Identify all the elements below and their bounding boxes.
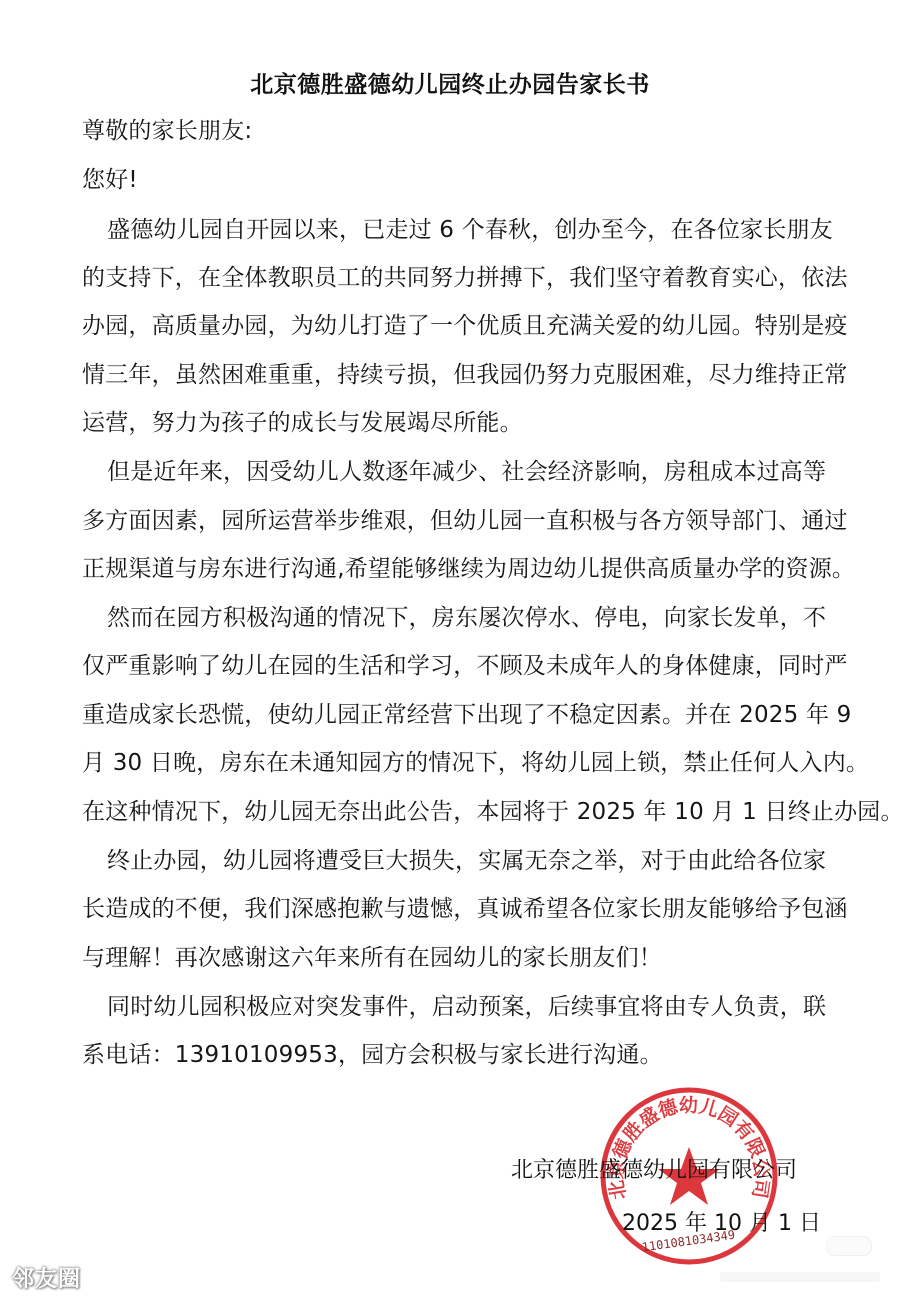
body-line: 系电话：13910109953，园方会积极与家长进行沟通。 (82, 1040, 822, 1070)
document-title: 北京德胜盛德幼儿园终止办园告家长书 (0, 66, 900, 99)
body-line: 同时幼儿园积极应对突发事件，启动预案，后续事宜将由专人负责，联 (107, 992, 847, 1022)
signature-organization: 北京德胜盛德幼儿园有限公司 (511, 1153, 797, 1184)
body-line: 盛德幼儿园自开园以来，已走过 6 个春秋，创办至今，在各位家长朋友 (107, 215, 847, 245)
letter-page: 北京德胜盛德幼儿园终止办园告家长书 尊敬的家长朋友: 您好! 盛德幼儿园自开园以… (0, 0, 900, 1306)
body-line: 长造成的不便，我们深感抱歉与遗憾，真诚希望各位家长朋友能够给予包涵 (82, 894, 822, 924)
faint-watermark-badge (826, 1236, 872, 1256)
salutation: 尊敬的家长朋友: (82, 116, 822, 146)
body-line: 但是近年来，因受幼儿人数逐年减少、社会经济影响，房租成本过高等 (107, 457, 847, 487)
body-line: 重造成家长恐慌，使幼儿园正常经营下出现了不稳定因素。并在 2025 年 9 (82, 700, 822, 730)
body-line: 在这种情况下，幼儿园无奈出此公告，本园将于 2025 年 10 月 1 日终止办… (82, 797, 822, 827)
source-watermark: 邻友圈 (12, 1262, 81, 1293)
body-line: 然而在园方积极沟通的情况下，房东屡次停水、停电，向家长发单，不 (107, 603, 847, 633)
body-line: 运营，努力为孩子的成长与发展竭尽所能。 (82, 408, 822, 438)
faint-watermark-text (720, 1272, 880, 1282)
body-line: 月 30 日晚，房东在未通知园方的情况下，将幼儿园上锁，禁止任何人入内。 (82, 748, 822, 778)
body-line: 的支持下，在全体教职员工的共同努力拼搏下，我们坚守着教育实心，依法 (82, 263, 822, 293)
body-line: 情三年，虽然困难重重，持续亏损，但我园仍努力克服困难，尽力维持正常 (82, 360, 822, 390)
signature-date: 2025 年 10 月 1 日 (622, 1206, 821, 1237)
body-line: 仅严重影响了幼儿在园的生活和学习，不顾及未成年人的身体健康，同时严 (82, 651, 822, 681)
body-line: 与理解！再次感谢这六年来所有在园幼儿的家长朋友们！ (82, 943, 822, 973)
body-line: 多方面因素，园所运营举步维艰，但幼儿园一直积极与各方领导部门、通过 (82, 506, 822, 536)
greeting: 您好! (82, 165, 822, 195)
body-line: 终止办园，幼儿园将遭受巨大损失，实属无奈之举，对于由此给各位家 (107, 846, 847, 876)
body-line: 办园，高质量办园，为幼儿打造了一个优质且充满关爱的幼儿园。特别是疫 (82, 311, 822, 341)
body-line: 正规渠道与房东进行沟通,希望能够继续为周边幼儿提供高质量办学的资源。 (82, 554, 822, 584)
